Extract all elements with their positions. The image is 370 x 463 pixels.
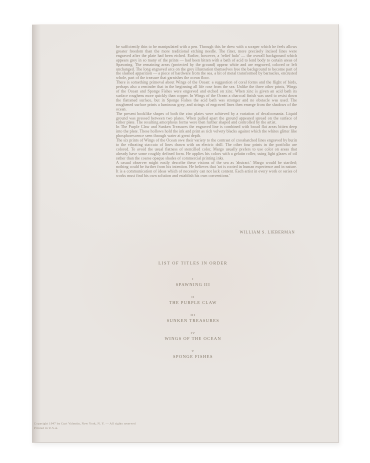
title-text: SPAWNING III [101,283,285,288]
title-text: WINGS OF THE OCEAN [101,337,285,342]
title-item: II THE PURPLE CLAW [101,295,285,305]
titles-list: I SPAWNING III II THE PURPLE CLAW III SU… [101,277,285,367]
title-item: III SUNKEN TREASURES [101,313,285,323]
body-paragraph: The six prints of Wings of the Ocean owe… [116,139,297,161]
body-paragraph: be sufficiently thin to be manipulated w… [116,45,297,81]
page-sheet: be sufficiently thin to be manipulated w… [32,24,339,443]
title-text: SUNKEN TREASURES [101,319,285,324]
body-paragraph: There is something primeval about Wings … [116,81,297,112]
title-text: SPONGE FISHES [101,355,285,360]
imprint: Copyright 1947 by Curt Valentin, New Yor… [34,422,234,431]
body-paragraph: The present booklike shapes of both the … [116,112,297,125]
author-signature: WILLIAM S. LIEBERMAN [115,230,295,235]
title-item: I SPAWNING III [101,277,285,287]
body-paragraph: A casual observer might easily describe … [116,161,297,179]
title-numeral: II [101,295,285,299]
title-numeral: IV [101,331,285,335]
introduction-text: be sufficiently thin to be manipulated w… [116,45,297,179]
title-numeral: III [101,313,285,317]
printed-in-line: Printed in U.S.A. [34,426,234,430]
page-content: be sufficiently thin to be manipulated w… [32,25,338,442]
title-numeral: I [101,277,285,281]
scan-background: be sufficiently thin to be manipulated w… [0,0,370,463]
list-of-titles-heading: LIST OF TITLES IN ORDER [101,261,285,266]
title-item: IV WINGS OF THE OCEAN [101,331,285,341]
body-paragraph: In The Purple Claw and Sunken Treasures … [116,125,297,138]
title-text: THE PURPLE CLAW [101,301,285,306]
title-item: V SPONGE FISHES [101,349,285,359]
title-numeral: V [101,349,285,353]
